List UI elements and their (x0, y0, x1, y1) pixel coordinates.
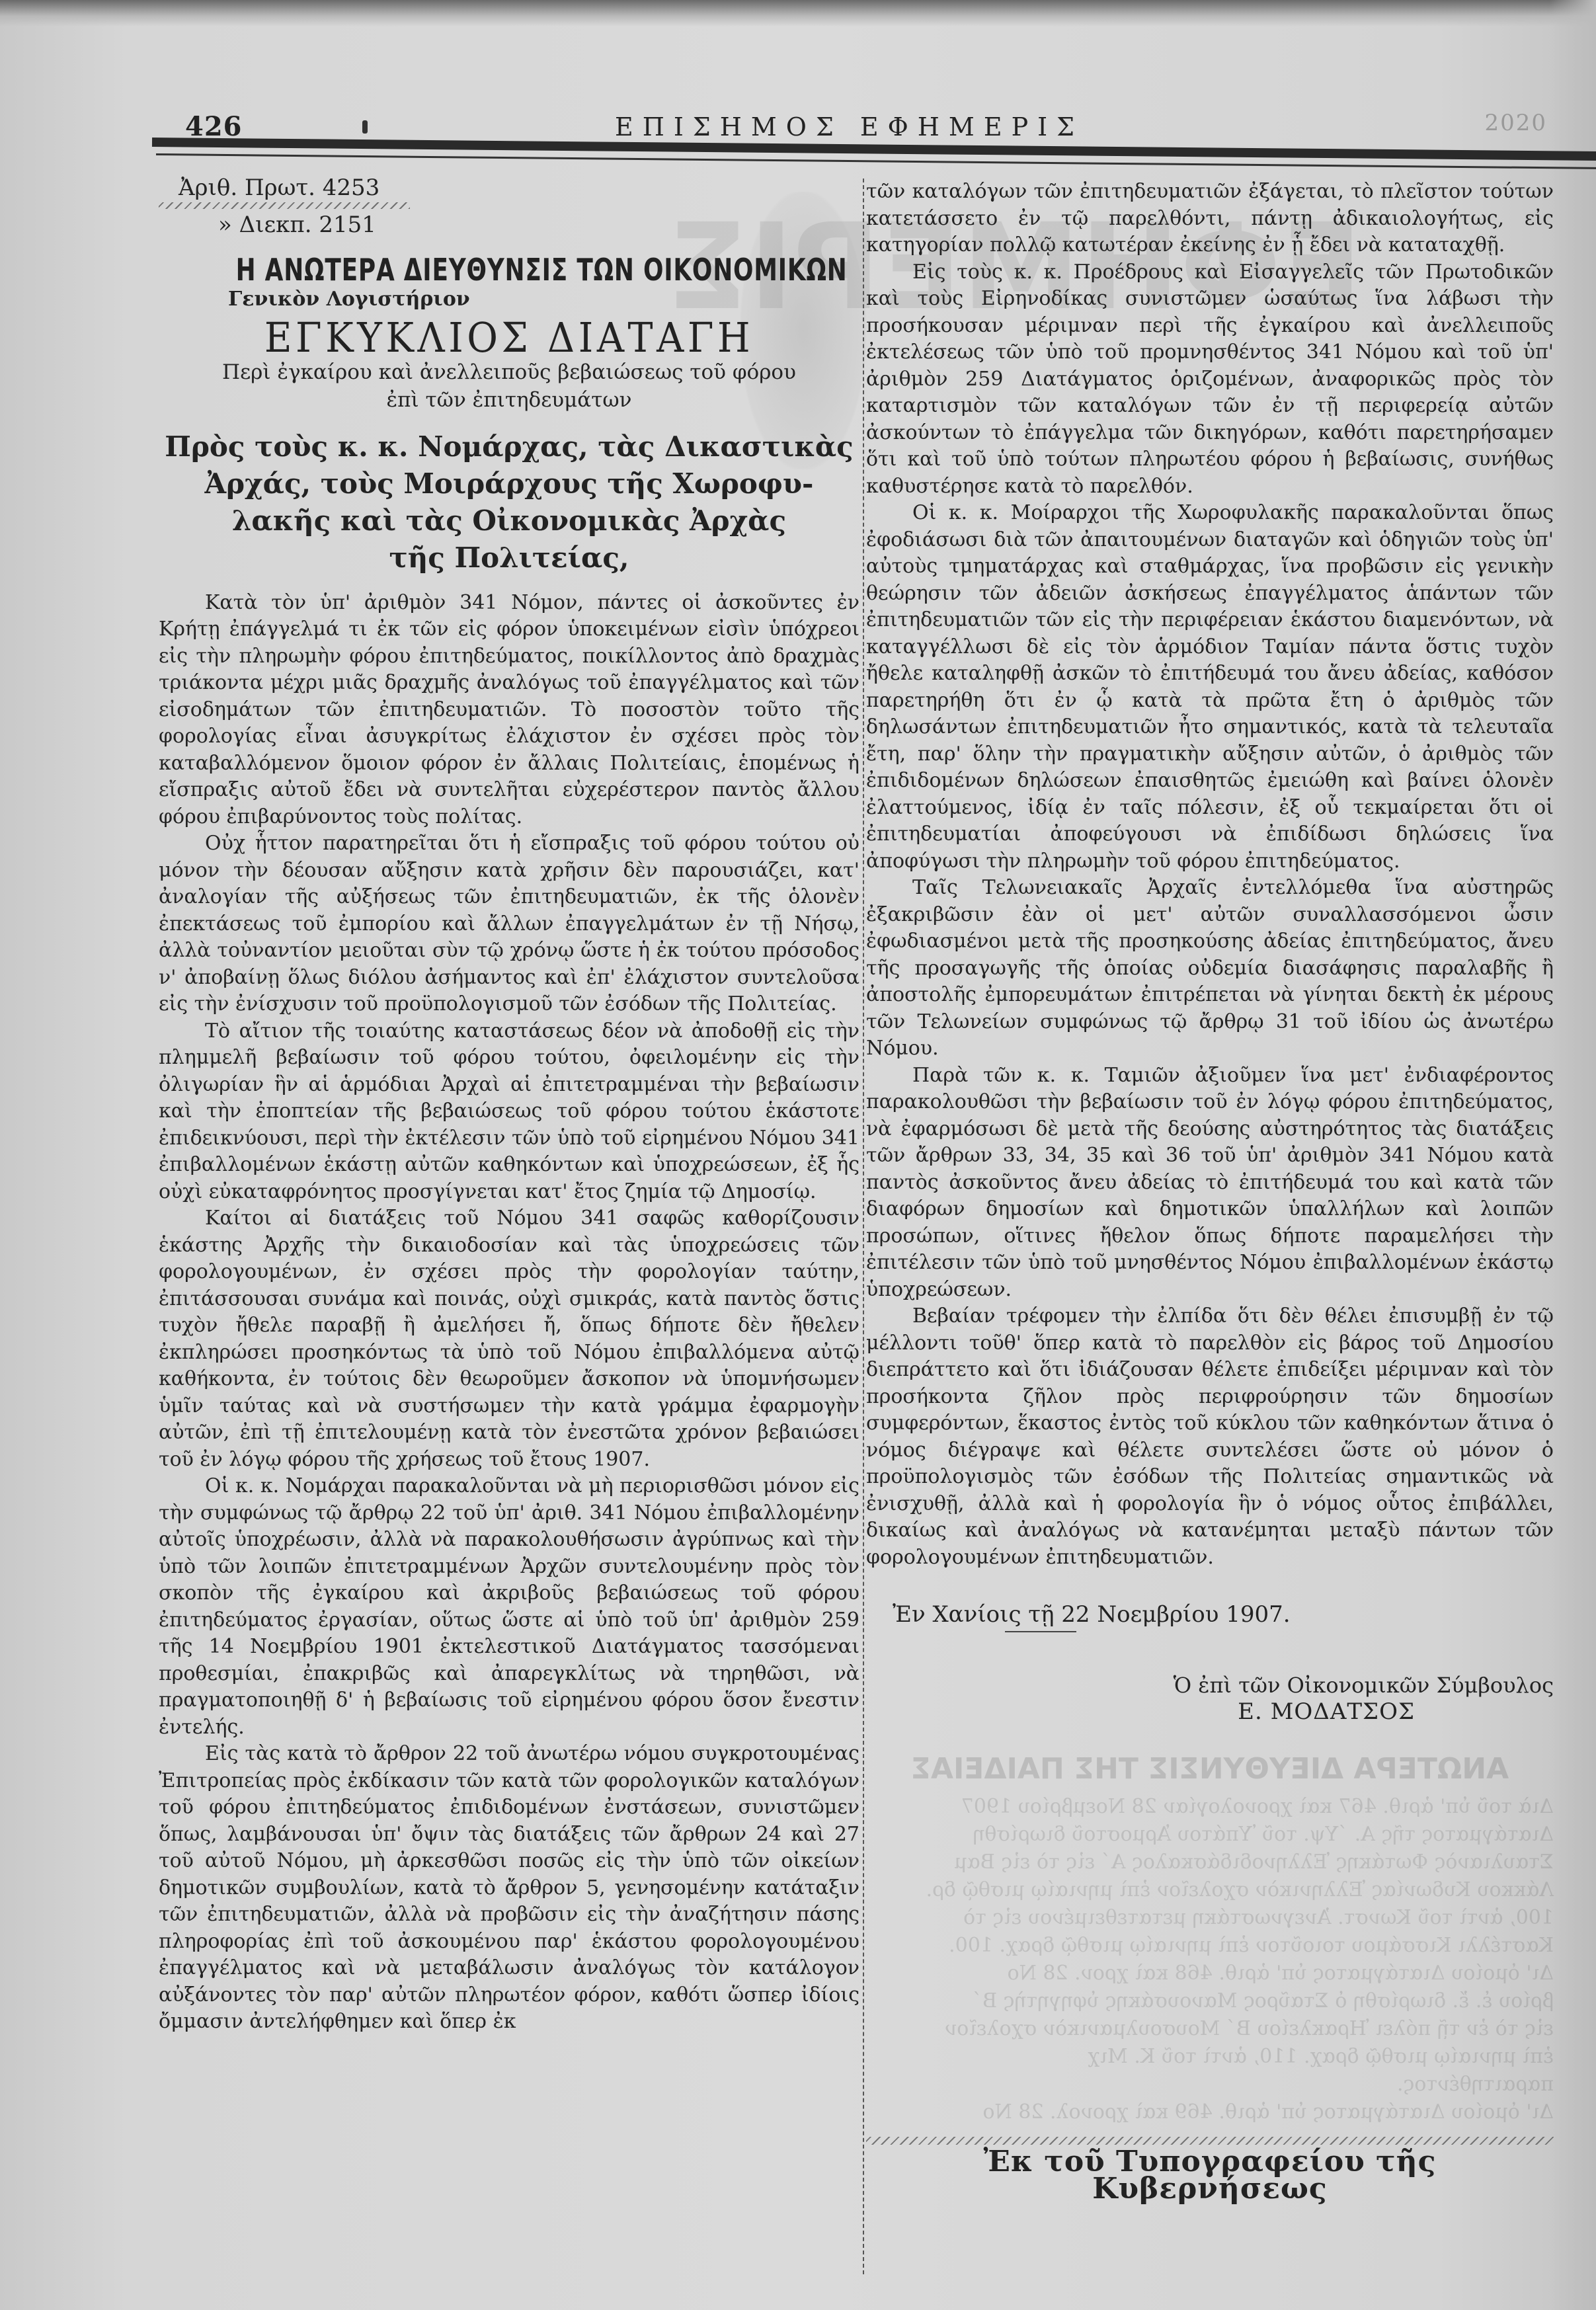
protocol-number: 4253 (323, 175, 380, 201)
bleedthrough-line: Διατάγματος τῆς Α. ΄Υψ. τοῦ Ὑπάτου Ἁρμοσ… (866, 1821, 1554, 1849)
addressee-line: λακῆς καὶ τὰς Οἰκονομικὰς Ἀρχὰς (159, 502, 859, 539)
bleedthrough-line: Λάκκου Κυδωνίας Ἑλληνικὸν σχολεῖον ἐπὶ μ… (866, 1876, 1554, 1904)
signer-name: Ε. ΜΟΔΑΤΣΟΣ (866, 1698, 1415, 1726)
signoff-title: Ὁ ἐπὶ τῶν Οἰκονομικῶν Σύμβουλος (866, 1672, 1554, 1699)
protocol-reference: Ἀριθ. Πρωτ. 4253 (179, 173, 859, 202)
right-column: τῶν καταλόγων τῶν ἐπιτηδευματιῶν ἐξάγετα… (866, 179, 1554, 2202)
bleedthrough-heading: ΑΝΩΤΕΡΑ ΔΙΕΥΘΥΝΣΙΣ ΤΗΣ ΠΑΙΔΕΙΑΣ (866, 1756, 1554, 1783)
diekp-reference: » Διεκπ. 2151 (218, 210, 859, 239)
addressee-line: Πρὸς τοὺς κ. κ. Νομάρχας, τὰς Δικαστικὰς (159, 428, 859, 465)
scan-top-edge (0, 0, 1596, 26)
bleedthrough-line: εἰς τὸ ἐν τῇ πόλει Ἡρακλείου Β΄ Μουσουλμ… (866, 2015, 1554, 2043)
header-ornament (362, 120, 368, 134)
dateline-underline (1005, 1631, 1076, 1632)
bleedthrough-line: Δι' ὁμοίου Διατάγματος ὑπ' ἀριθ. 468 καὶ… (866, 1960, 1554, 1987)
masthead-title: ΕΠΙΣΗΜΟΣ ΕΦΗΜΕΡΙΣ (615, 112, 1084, 141)
bleedthrough-line: 100, ἀντὶ τοῦ Κωνστ. Ἀνεγνωστάκη μετατεθ… (866, 1904, 1554, 1932)
department: Γενικὸν Λογιστήριον (228, 286, 859, 313)
column-divider (863, 179, 864, 2274)
bleedthrough-line: Διὰ τοῦ ὑπ' ἀριθ. 467 καὶ χρονολογίαν 28… (866, 1793, 1554, 1821)
bleedthrough-line: παραιτηθέντος. (866, 2071, 1554, 2098)
bleedthrough-text: Διὰ τοῦ ὑπ' ἀριθ. 467 καὶ χρονολογίαν 28… (866, 1793, 1554, 2126)
bleedthrough-line: βρίου ἑ. ἔ. διωρίσθη ὁ Σταῦρος Μανουσάκη… (866, 1987, 1554, 2015)
subject-line: ἐπὶ τῶν ἐπιτηδευμάτων (159, 386, 859, 414)
dateline-text: Ἐν Χανίοις τῇ 22 Νοεμβρίου 1907. (893, 1601, 1291, 1628)
subject-line: Περὶ ἐγκαίρου καὶ ἀνελλειποῦς βεβαιώσεως… (159, 358, 859, 386)
protocol-label: Ἀριθ. Πρωτ. (179, 175, 315, 201)
document-title: ΕΓΚΥΚΛΙΟΣ ΔΙΑΤΑΓΗ (186, 325, 831, 352)
addressee-line: τῆς Πολιτείας, (159, 539, 859, 577)
body-paragraph: Καίτοι αἱ διατάξεις τοῦ Νόμου 341 σαφῶς … (159, 1205, 859, 1473)
imprint-wavy-rule (866, 2137, 1554, 2145)
issuing-authority: Η ΑΝΩΤΕΡΑ ΔΙΕΥΘΥΝΣΙΣ ΤΩΝ ΟΙΚΟΝΟΜΙΚΩΝ (236, 257, 783, 284)
diekp-label: » Διεκπ. (218, 212, 312, 238)
body-paragraph: τῶν καταλόγων τῶν ἐπιτηδευματιῶν ἐξάγετα… (866, 179, 1554, 259)
left-column: Ἀριθ. Πρωτ. 4253 » Διεκπ. 2151 Η ΑΝΩΤΕΡΑ… (159, 173, 859, 2036)
addressee: Πρὸς τοὺς κ. κ. Νομάρχας, τὰς Δικαστικὰς… (159, 428, 859, 577)
faded-page-number: 2020 (1484, 110, 1547, 136)
wavy-rule (159, 202, 410, 209)
body-paragraph: Βεβαίαν τρέφομεν τὴν ἐλπίδα ὅτι δὲν θέλε… (866, 1303, 1554, 1571)
diekp-number: 2151 (319, 212, 376, 238)
addressee-line: Ἀρχάς, τοὺς Μοιράρχους τῆς Χωροφυ- (159, 465, 859, 502)
scan-right-edge (1550, 0, 1596, 2310)
body-paragraph: Ταῖς Τελωνειακαῖς Ἀρχαῖς ἐντελλόμεθα ἵνα… (866, 875, 1554, 1062)
body-paragraph: Οἱ κ. κ. Νομάρχαι παρακαλοῦνται νὰ μὴ πε… (159, 1473, 859, 1741)
bleedthrough-line: Καστέλλι Κισσάμου τοιοῦτον ἐπὶ μηνιαίῳ μ… (866, 1932, 1554, 1960)
body-paragraph: Οἱ κ. κ. Μοίραρχοι τῆς Χωροφυλακῆς παρακ… (866, 500, 1554, 875)
body-paragraph: Τὸ αἴτιον τῆς τοιαύτης καταστάσεως δέον … (159, 1018, 859, 1206)
body-paragraph: Παρὰ τῶν κ. κ. Ταμιῶν ἀξιοῦμεν ἵνα μετ' … (866, 1062, 1554, 1304)
bleedthrough-line: Δι' ὁμοίου Διατάγματος ὑπ' ἀριθ. 469 καὶ… (866, 2098, 1554, 2126)
dateline: Ἐν Χανίοις τῇ 22 Νοεμβρίου 1907. (893, 1601, 1554, 1632)
body-paragraph: Εἰς τὰς κατὰ τὸ ἄρθρον 22 τοῦ ἀνωτέρω νό… (159, 1741, 859, 2036)
body-paragraph: Κατὰ τὸν ὑπ' ἀριθμὸν 341 Νόμον, πάντες ο… (159, 590, 859, 831)
bleedthrough-line: Σταυλιανὸς Φωτάκης Ἑλληνοδιδάσκαλος Α΄ ε… (866, 1849, 1554, 1876)
subject: Περὶ ἐγκαίρου καὶ ἀνελλειποῦς βεβαιώσεως… (159, 358, 859, 414)
body-paragraph: Οὐχ ἧττον παρατηρεῖται ὅτι ἡ εἴσπραξις τ… (159, 830, 859, 1018)
newspaper-page: ΕΦΗΜΕΡΙΣ 426 ΕΠΙΣΗΜΟΣ ΕΦΗΜΕΡΙΣ 2020 Ἀριθ… (0, 0, 1596, 2310)
body-paragraph: Εἰς τοὺς κ. κ. Προέδρους καὶ Εἰσαγγελεῖς… (866, 259, 1554, 500)
bleedthrough-line: ἐπὶ μηνιαίῳ μισθῷ δραχ. 110, ἀντὶ τοῦ Κ.… (866, 2043, 1554, 2071)
printer-imprint: Ἐκ τοῦ Τυπογραφείου τῆς Κυβερνήσεως (866, 2149, 1554, 2202)
